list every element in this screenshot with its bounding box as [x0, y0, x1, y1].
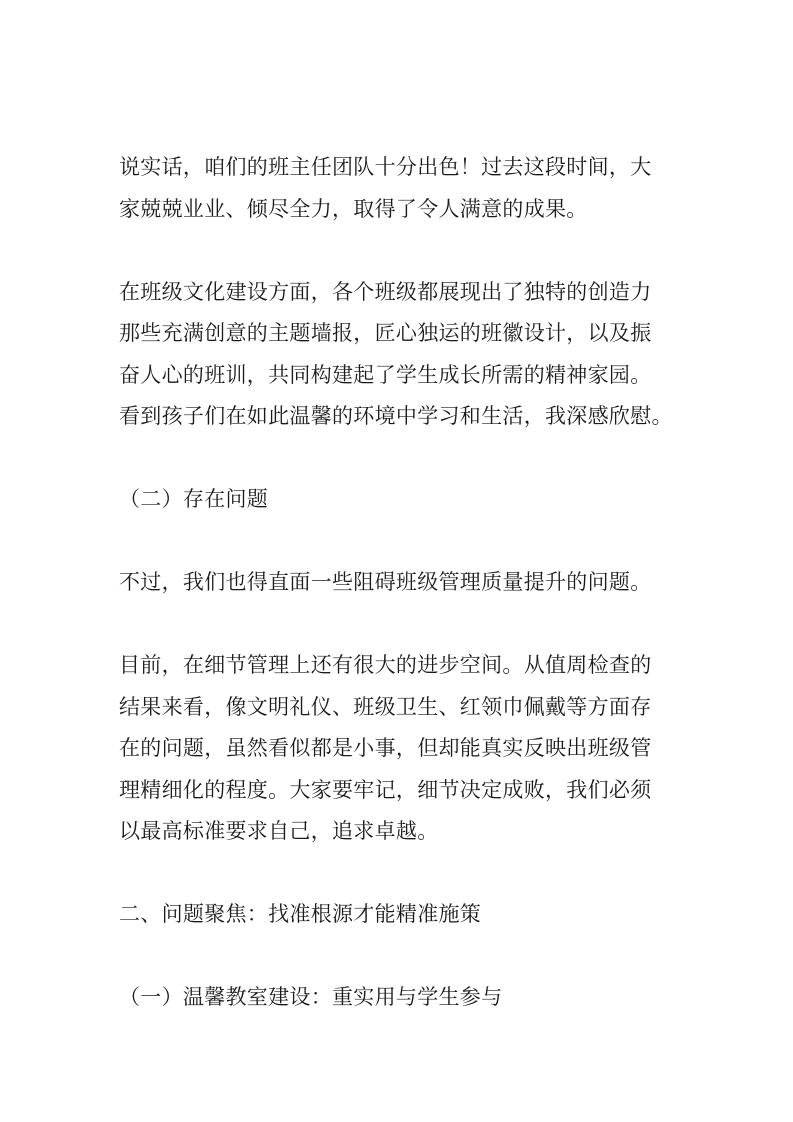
paragraph-spacer — [119, 230, 679, 272]
section-heading-problem-focus: 二、问题聚焦：找准根源才能精准施策 — [119, 894, 679, 936]
heading-text: （二）存在问题 — [119, 479, 679, 521]
text-line: 不过，我们也得直面一些阻碍班级管理质量提升的问题。 — [119, 562, 679, 604]
paragraph-class-culture: 在班级文化建设方面，各个班级都展现出了独特的创造力 那些充满创意的主题墙报，匠心… — [119, 272, 679, 438]
text-line: 看到孩子们在如此温馨的环境中学习和生活，我深感欣慰。 — [119, 396, 679, 438]
text-line: 家兢兢业业、倾尽全力，取得了令人满意的成果。 — [119, 189, 679, 231]
section-heading-warm-classroom: （一）温馨教室建设：重实用与学生参与 — [119, 977, 679, 1019]
text-line: 目前，在细节管理上还有很大的进步空间。从值周检查的 — [119, 645, 679, 687]
paragraph-spacer — [119, 936, 679, 978]
paragraph-problems-intro: 不过，我们也得直面一些阻碍班级管理质量提升的问题。 — [119, 562, 679, 604]
paragraph-detail-management: 目前，在细节管理上还有很大的进步空间。从值周检查的 结果来看，像文明礼仪、班级卫… — [119, 645, 679, 853]
text-line: 那些充满创意的主题墙报，匠心独运的班徽设计，以及振 — [119, 313, 679, 355]
text-line: 说实话，咱们的班主任团队十分出色！过去这段时间，大 — [119, 147, 679, 189]
paragraph-spacer — [119, 521, 679, 563]
document-page: 说实话，咱们的班主任团队十分出色！过去这段时间，大 家兢兢业业、倾尽全力，取得了… — [119, 147, 679, 1019]
text-line: 在的问题，虽然看似都是小事，但却能真实反映出班级管 — [119, 728, 679, 770]
text-line: 以最高标准要求自己，追求卓越。 — [119, 811, 679, 853]
section-heading-existing-problems: （二）存在问题 — [119, 479, 679, 521]
paragraph-spacer — [119, 853, 679, 895]
text-line: 理精细化的程度。大家要牢记，细节决定成败，我们必须 — [119, 770, 679, 812]
text-line: 结果来看，像文明礼仪、班级卫生、红领巾佩戴等方面存 — [119, 687, 679, 729]
heading-text: （一）温馨教室建设：重实用与学生参与 — [119, 977, 679, 1019]
text-line: 在班级文化建设方面，各个班级都展现出了独特的创造力 — [119, 272, 679, 314]
paragraph-team-praise: 说实话，咱们的班主任团队十分出色！过去这段时间，大 家兢兢业业、倾尽全力，取得了… — [119, 147, 679, 230]
heading-text: 二、问题聚焦：找准根源才能精准施策 — [119, 894, 679, 936]
text-line: 奋人心的班训，共同构建起了学生成长所需的精神家园。 — [119, 355, 679, 397]
paragraph-spacer — [119, 438, 679, 480]
paragraph-spacer — [119, 604, 679, 646]
